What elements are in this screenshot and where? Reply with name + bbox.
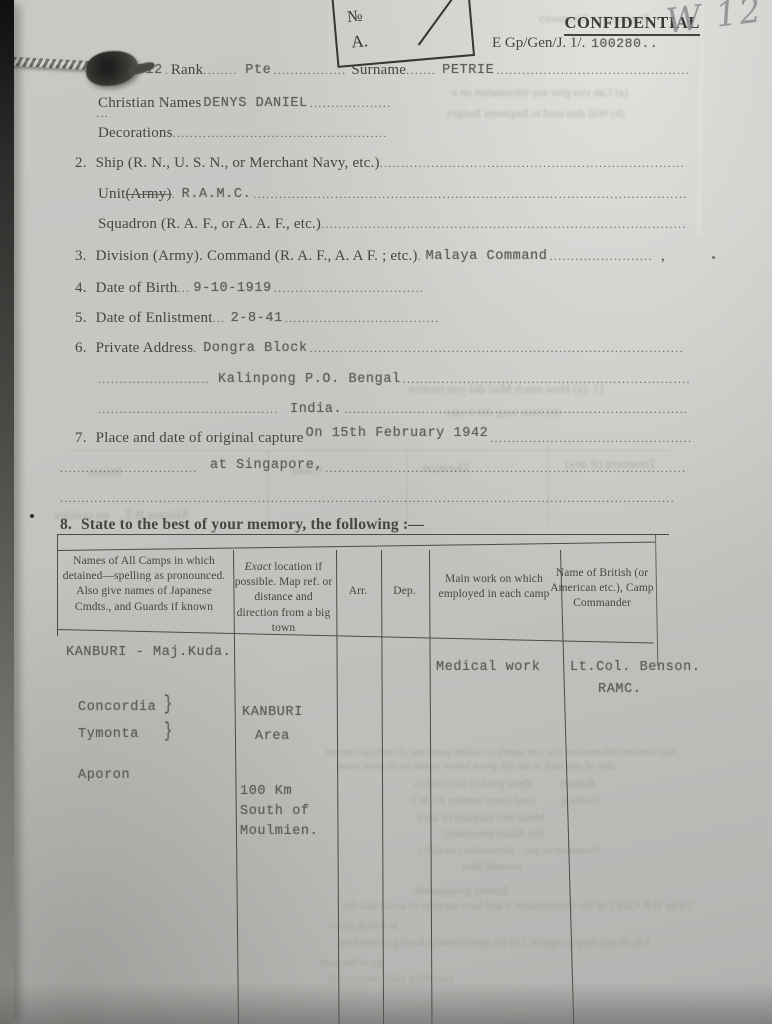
capture-place-value: at Singapore,: [208, 458, 325, 473]
capture-label: Place and date of original capture: [96, 430, 304, 447]
division-tail: ,: [661, 248, 665, 265]
decorations-row: Decorations ............................…: [98, 125, 398, 142]
address-line2-row: .......................... Kalinpong P.O…: [98, 372, 705, 388]
squadron-label: Squadron (R. A. F., or A. A. F., etc.): [98, 216, 321, 233]
bleedthrough-text: Enemy propaganda.: [412, 883, 508, 898]
table-left-rule: [57, 534, 58, 636]
bleedthrough-text: Treatment of any Recreation (socially): [418, 845, 602, 857]
table-outer-top-rule: [57, 534, 669, 535]
bleedthrough-text: Clothing (and camp number P.o.W.): [412, 795, 600, 807]
camp-commander-corps: RAMC.: [598, 682, 642, 697]
file-reference-number: 100280..: [589, 36, 660, 51]
scan-bottom-shadow: [0, 982, 772, 1024]
number-stamp-box: № A.: [331, 0, 475, 68]
bleedthrough-line: [548, 446, 549, 526]
division-row: 3. Division (Army). Command (R. A. F., A…: [75, 248, 665, 265]
unit-value: R.A.M.C.: [180, 187, 254, 202]
table-header-arrival: Arr.: [337, 584, 379, 599]
surname-value: PETRIE: [440, 63, 496, 78]
christian-names-value: DENYS DANIEL: [201, 96, 309, 111]
ship-label: Ship (R. N., U. S. N., or Merchant Navy,…: [96, 155, 380, 172]
bleedthrough-line: [70, 450, 670, 451]
unit-army-paren: (Army): [125, 186, 171, 203]
table-header-camps: Names of All Camps in which detained—spe…: [60, 554, 228, 615]
item-number: 4.: [75, 280, 87, 297]
date-of-birth-label: Date of Birth: [96, 280, 178, 297]
capture-row: 7. Place and date of original capture On…: [75, 430, 705, 447]
memory-statement-row: 8. State to the best of your memory, the…: [60, 516, 680, 534]
table-header-main-work: Main work on which employed in each camp: [431, 572, 557, 602]
ink-speck: [712, 256, 715, 259]
address-line2-value: Kalinpong P.O. Bengal: [216, 372, 403, 387]
rank-value: Pte: [243, 63, 273, 78]
stamp-no-label: №: [346, 7, 364, 26]
camp-location-town: Moulmien.: [240, 824, 318, 839]
margin-mark: ···: [96, 112, 109, 123]
item-number: 7.: [75, 430, 87, 447]
table-header-departure: Dep.: [382, 584, 427, 599]
bleedthrough-text: go to the start: [320, 957, 383, 969]
capture-date-value: On 15th February 1942: [304, 426, 491, 441]
capture-place-row: ................................ at Sing…: [60, 461, 705, 477]
table-header-bottom-rule: [57, 629, 654, 644]
bleedthrough-text: Medicines supplied (if any): [418, 812, 545, 824]
camp-name-tymonta: Tymonta: [78, 727, 139, 742]
bleedthrough-text: Any detailed information you can supply …: [326, 746, 677, 758]
date-of-enlistment-label: Date of Enlistment: [96, 310, 213, 327]
stamp-letter: A.: [351, 31, 369, 52]
service-number-row: ..... 5512 . Rank ........ Pte .........…: [100, 62, 700, 79]
bleedthrough-text: (b) Will also used to Regiment Badges: [447, 108, 625, 120]
camp-location-distance: 100 Km: [240, 784, 292, 799]
bleedthrough-text: (anything else) unexpected.: [326, 973, 453, 985]
item-number: 8.: [60, 516, 72, 534]
division-label: Division (Army). Command (R. A. F., A. A…: [96, 248, 418, 265]
table-header-top-rule: [57, 542, 655, 552]
table-right-rule: [655, 534, 658, 666]
table-column-rule: [336, 550, 340, 1024]
ship-row: 2. Ship (R. N., U. S. N., or Merchant Na…: [75, 155, 703, 172]
bleedthrough-text: (a) Can you give any information on a: [452, 87, 628, 99]
camp-location-direction: South of: [240, 804, 310, 819]
table-header-camp-commander: Name of British (or American etc.), Camp…: [550, 566, 654, 612]
camp-name-kanburi: KANBURI - Maj.Kuda.: [66, 645, 231, 660]
blank-dotted-row: ........................................…: [60, 491, 705, 506]
address-line3-value: India.: [288, 402, 344, 417]
unit-label: Unit: [98, 186, 125, 203]
scan-edge-shadow: [0, 0, 14, 1024]
bleedthrough-text: 2 d by U.P. Card 2 of the questionnaire …: [344, 900, 693, 912]
private-address-row: 6. Private Address . Dongra Block ......…: [75, 340, 705, 357]
squadron-row: Squadron (R. A. F., or A. A. F., etc.) .…: [98, 216, 708, 233]
camp-location-area: Area: [255, 729, 290, 744]
decorations-label: Decorations: [98, 125, 173, 142]
bleedthrough-text: towards Men: [462, 861, 522, 873]
rank-label: Rank: [171, 62, 203, 79]
item-number: 3.: [75, 248, 87, 265]
file-reference-printed: E Gp/Gen/J. 1/.: [492, 35, 585, 51]
camp-location-kanburi: KANBURI: [242, 705, 303, 720]
private-address-label: Private Address: [96, 340, 194, 357]
brace-mark: }: [164, 694, 173, 717]
item-number: 5.: [75, 310, 87, 327]
camp-name-concordia: Concordia: [78, 700, 156, 715]
bleedthrough-text: I do in any simple caption 2 of the ques…: [338, 937, 650, 949]
bleedthrough-text: also of any such in the list given below…: [334, 760, 615, 772]
camp-name-aporon: Aporon: [78, 768, 130, 783]
address-line1-value: Dongra Block: [201, 341, 309, 356]
table-header-location-exact: Exact: [245, 561, 272, 573]
pencil-annotation: W 12: [664, 0, 765, 42]
file-reference: E Gp/Gen/J. 1/. 100280..: [492, 35, 660, 52]
address-line3-row: ........................................…: [98, 402, 705, 418]
division-value: Malaya Command: [424, 249, 550, 264]
christian-names-row: Christian Names DENYS DANIEL ...........…: [98, 95, 398, 112]
brace-mark: }: [164, 721, 173, 744]
item-number: 2.: [75, 155, 87, 172]
date-of-birth-row: 4. Date of Birth ... 9-10-1919 .........…: [75, 280, 435, 297]
table-column-rule: [381, 550, 384, 1024]
stamp-slash-mark: [418, 0, 456, 46]
unit-row: Unit (Army) . R.A.M.C. .................…: [98, 186, 710, 203]
camp-work-medical: Medical work: [436, 660, 540, 675]
christian-names-label: Christian Names: [98, 95, 201, 112]
bleedthrough-text: (by Allied personnel).: [442, 828, 543, 840]
date-of-enlistment-value: 2-8-41: [229, 311, 285, 326]
memory-statement-label: State to the best of your memory, the fo…: [81, 516, 424, 534]
scanned-pow-questionnaire-page: Regiment or Yeomanry (a) Can you give an…: [0, 0, 772, 1024]
date-of-enlistment-row: 5. Date of Enlistment ... 2-8-41 .......…: [75, 310, 447, 327]
camp-commander-name: Lt.Col. Benson.: [570, 660, 701, 675]
table-header-location: Exact location if possible. Map ref. or …: [234, 560, 333, 636]
date-of-birth-value: 9-10-1919: [191, 281, 273, 296]
ink-speck: [30, 514, 34, 518]
item-number: 6.: [75, 340, 87, 357]
